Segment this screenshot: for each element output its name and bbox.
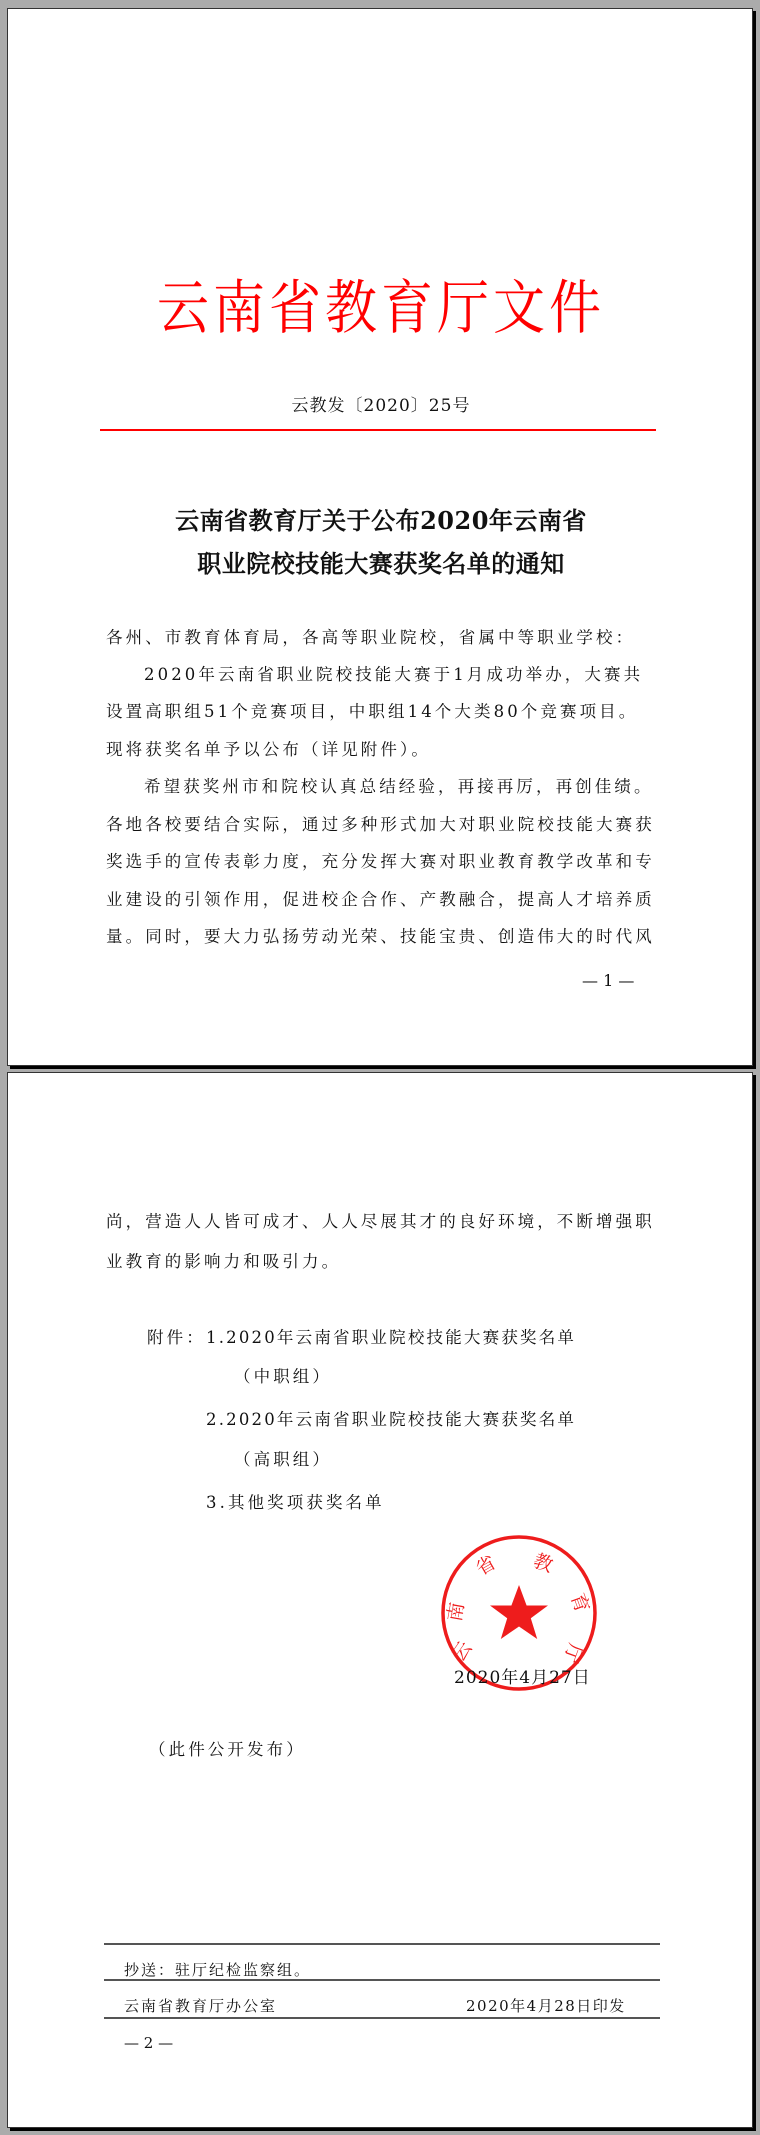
attachments-label: 附件：: [147, 1324, 206, 1348]
seal-char: 育: [566, 1590, 593, 1615]
document-number: 云教发〔2020〕25号: [8, 391, 754, 416]
body-line: 2020年云南省职业院校技能大赛于1月成功举办，大赛共: [144, 661, 643, 685]
body-line: 业教育的影响力和吸引力。: [106, 1248, 341, 1272]
seal-char: 省: [472, 1552, 499, 1581]
body-line: 尚，营造人人皆可成才、人人尽展其才的良好环境，不断增强职: [106, 1208, 655, 1232]
print-date: 2020年4月28日印发: [466, 1995, 626, 2016]
red-separator-line: [100, 429, 656, 431]
body-line: 业建设的引领作用，促进校企合作、产教融合，提高人才培养质: [106, 886, 655, 910]
body-line: 量。同时，要大力弘扬劳动光荣、技能宝贵、创造伟大的时代风: [106, 923, 655, 947]
body-line: 设置高职组51个竞赛项目，中职组14个大类80个竞赛项目。: [106, 698, 638, 722]
notice-title-line-2: 职业院校技能大赛获奖名单的通知: [8, 544, 754, 579]
masthead-title: 云南省教育厅文件: [8, 261, 754, 345]
notice-title-line-1: 云南省教育厅关于公布2020年云南省: [8, 501, 754, 536]
seal-char: 教: [530, 1550, 555, 1577]
page-number: — 1 —: [582, 971, 634, 990]
issuing-office: 云南省教育厅办公室: [124, 1995, 277, 2016]
body-line: 现将获奖名单予以公布（详见附件）。: [106, 736, 431, 760]
body-line: 希望获奖州市和院校认真总结经验，再接再厉，再创佳绩。: [144, 773, 654, 797]
seal-char: 南: [444, 1601, 469, 1624]
footer-rule-bottom: [104, 2017, 660, 2019]
body-line: 各地各校要结合实际，通过多种形式加大对职业院校技能大赛获: [106, 811, 655, 835]
cc-line: 抄送：驻厅纪检监察组。: [124, 1959, 311, 1980]
attachment-item-1: 1.2020年云南省职业院校技能大赛获奖名单: [206, 1324, 576, 1348]
document-page-2: 尚，营造人人皆可成才、人人尽展其才的良好环境，不断增强职 业教育的影响力和吸引力…: [7, 1072, 753, 2128]
footer-rule-middle: [104, 1979, 660, 1981]
attachment-item-2: 2.2020年云南省职业院校技能大赛获奖名单: [206, 1406, 576, 1430]
attachment-item-3: 3.其他奖项获奖名单: [206, 1489, 385, 1513]
public-release-note: （此件公开发布）: [149, 1736, 306, 1760]
footer-rule-top: [104, 1943, 660, 1945]
attachment-item-2-group: （高职组）: [234, 1446, 332, 1470]
document-page-1: 云南省教育厅文件 云教发〔2020〕25号 云南省教育厅关于公布2020年云南省…: [7, 8, 753, 1066]
page-number: — 2 —: [124, 2034, 173, 2052]
seal-char: 厅: [559, 1640, 586, 1665]
addressee-line: 各州、市教育体育局，各高等职业院校，省属中等职业学校：: [106, 624, 635, 648]
body-line: 奖选手的宣传表彰力度，充分发挥大赛对职业教育教学改革和专: [106, 848, 655, 872]
signing-date: 2020年4月27日: [454, 1663, 591, 1688]
attachment-item-1-group: （中职组）: [234, 1363, 332, 1387]
seal-char: 云: [448, 1637, 477, 1665]
